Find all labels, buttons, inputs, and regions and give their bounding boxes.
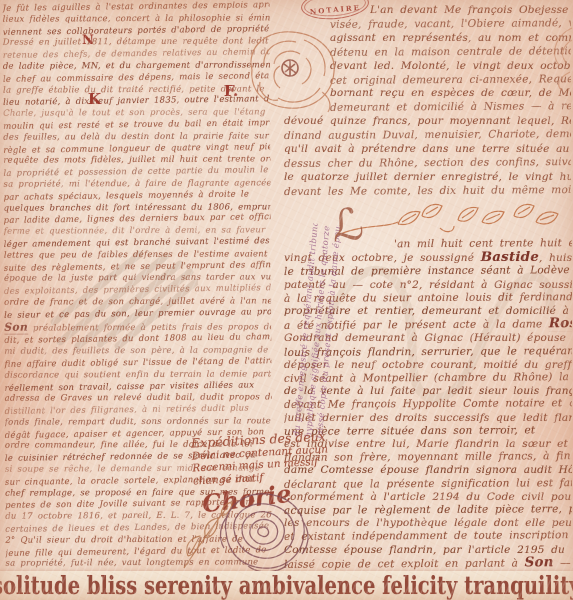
vertical-mauve-script: du greffe enregistré le requérant audit … xyxy=(256,222,306,442)
script-line: conformément à l'article 2194 du Code ci… xyxy=(284,491,572,504)
rose-sketch-edge-fragment xyxy=(548,26,573,92)
script-line: bornant reçu en espèces de cœur, de Me f… xyxy=(330,87,571,101)
script-line: demeurant et domicilié à Nismes — à repr… xyxy=(330,101,571,117)
script-line: et existant indépendamment de toute insc… xyxy=(284,530,572,545)
script-line: détenu en la maison centrale de détentio… xyxy=(330,45,571,61)
script-line: devant led. Molonté, le vingt deux octob… xyxy=(330,60,571,74)
leaf-garland xyxy=(336,198,568,242)
dropcap-f: F. xyxy=(224,82,238,100)
dropcap-k: K xyxy=(88,90,101,108)
expedition-note: Expéditions des deuxDélai ne contenant a… xyxy=(191,430,329,487)
aged-paper-background: Je fût les aiguilles à l'estat ordinante… xyxy=(0,0,573,600)
script-line: laissé copie de cet exploit en parlant à… xyxy=(284,556,572,570)
script-line: dinand augustin Duval, menuisier, Chario… xyxy=(284,128,571,144)
script-line: dévoué quinze francs, pour moyennant leq… xyxy=(284,115,571,129)
ornate-initial-l: ℒ xyxy=(330,202,366,249)
script-line: agissant en représentés, au nom et comme… xyxy=(330,32,571,46)
script-line: Comtesse épouse flandrin, par l'article … xyxy=(284,544,572,557)
caption-strip: solitude bliss serenity ambivalence feli… xyxy=(0,571,573,600)
script-line: le quatorze juillet dernier enregistré, … xyxy=(284,171,571,185)
script-line: acquise par le règlement de ladite pièce… xyxy=(284,503,572,518)
script-line: cet original demeurera ci-annexée, Reque… xyxy=(330,73,571,89)
rose-sketch-top xyxy=(244,26,340,114)
dropcap-n: N xyxy=(82,33,94,48)
script-line: dessus cher du Rhône, section des confin… xyxy=(284,156,571,172)
script-line: qu'il avait à prétendre dans une terre s… xyxy=(284,143,571,157)
caption-text: solitude bliss serenity ambivalence feli… xyxy=(0,571,573,600)
script-line: L'an devant Me françois Obejesse toute —… xyxy=(370,4,571,18)
script-line: visée, fraude, vacant, l'Obiere aimandé,… xyxy=(330,17,571,33)
rose-sketch-bottom xyxy=(218,486,310,574)
